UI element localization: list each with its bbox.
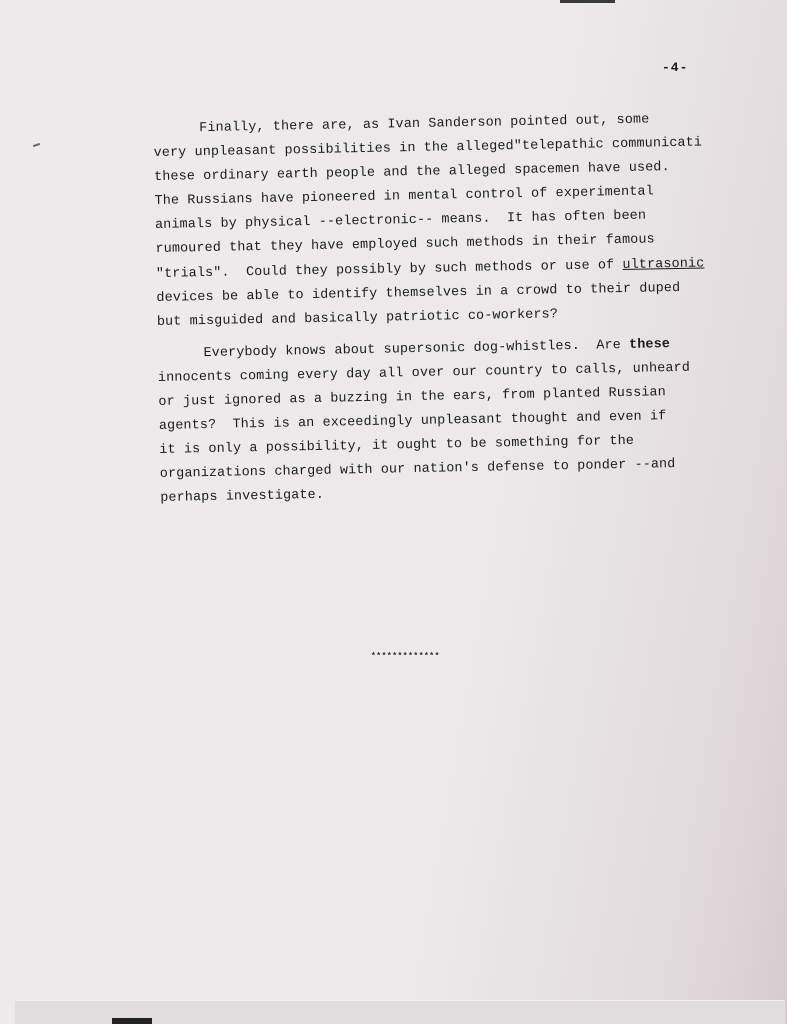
underlined-word: ultrasonic [622,256,704,273]
margin-mark [33,143,40,147]
document-page: -4- Finally, there are, as Ivan Sanderso… [0,0,787,1024]
paragraph-2: Everybody knows about supersonic dog-whi… [157,331,787,512]
page-edge-mark [560,0,615,3]
typed-text-body: Finally, there are, as Ivan Sanderson po… [153,106,787,512]
paragraph-1: Finally, there are, as Ivan Sanderson po… [153,106,787,335]
text-segment: Everybody knows about supersonic dog-whi… [203,338,629,361]
text-segment: "trials". Could they possibly by such me… [156,258,623,282]
end-ornament: ************* [371,652,440,661]
bold-word: these [629,337,670,353]
scan-bottom-tab [112,1018,152,1024]
page-number: -4- [662,60,688,75]
